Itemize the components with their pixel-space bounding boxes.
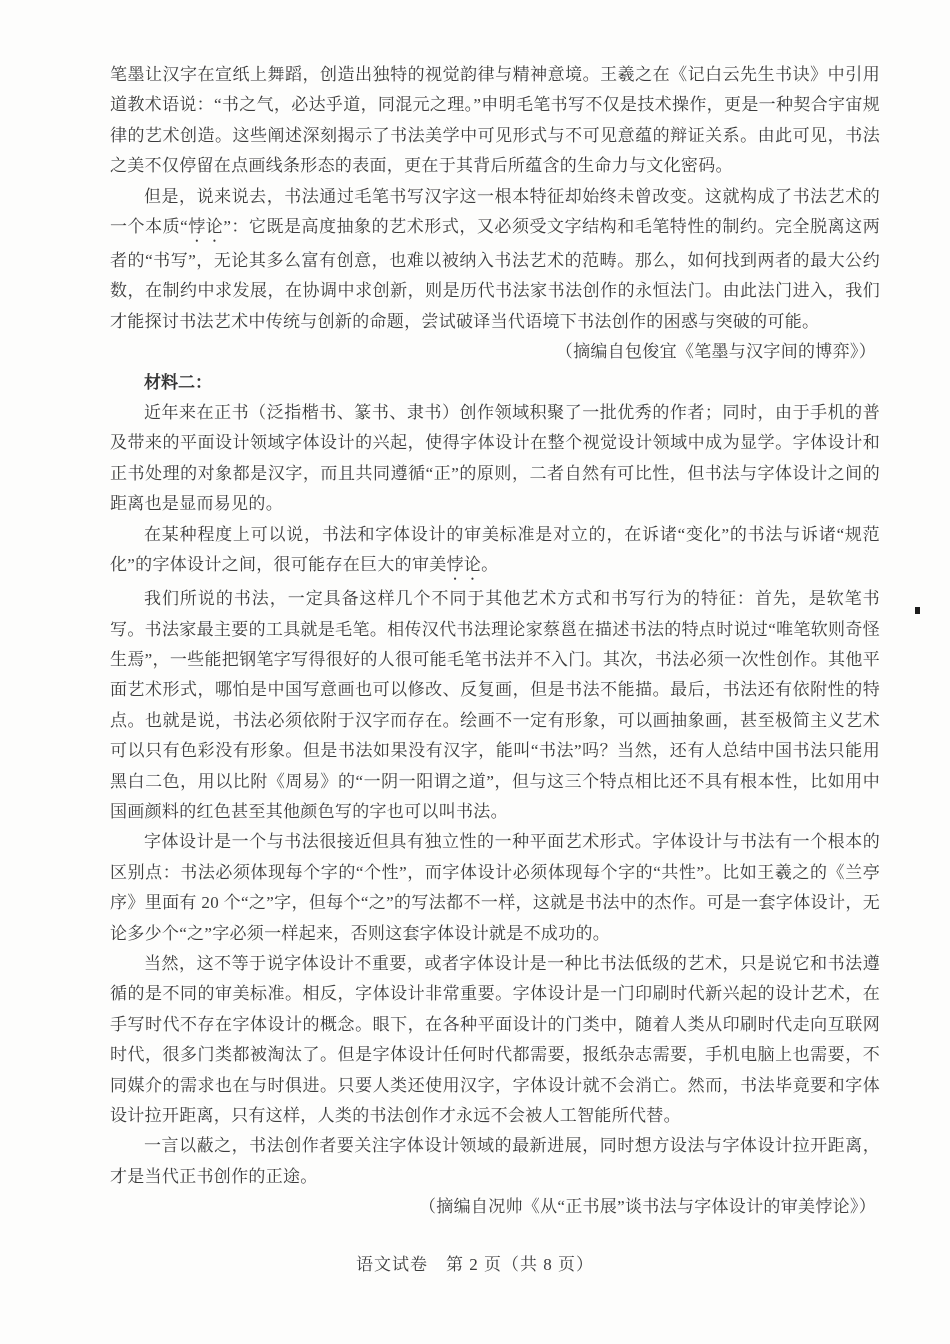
text-block: 笔墨让汉字在宣纸上舞蹈，创造出独特的视觉韵律与精神意境。王羲之在《记白云先生书诀… — [110, 60, 880, 1223]
material-two-type-design-paragraph: 字体设计是一个与书法很接近但具有独立性的一种平面艺术形式。字体设计与书法有一个根… — [110, 827, 880, 949]
scan-artifact-dot — [915, 607, 920, 614]
material-one-continuation-paragraph: 笔墨让汉字在宣纸上舞蹈，创造出独特的视觉韵律与精神意境。王羲之在《记白云先生书诀… — [110, 60, 880, 182]
emphasized-word-paradox-2: 悖论 — [447, 555, 482, 574]
material-two-intro-paragraph: 近年来在正书（泛指楷书、篆书、隶书）创作领域积聚了一批优秀的作者；同时，由于手机… — [110, 398, 880, 520]
material-two-heading: 材料二： — [110, 368, 880, 398]
material-two-features-paragraph: 我们所说的书法，一定具备这样几个不同于其他艺术方式和书写行为的特征：首先，是软笔… — [110, 584, 880, 827]
page-footer: 语文试卷 第 2 页（共 8 页） — [0, 1250, 950, 1280]
material-two-paradox-paragraph: 在某种程度上可以说，书法和字体设计的审美标准是对立的，在诉诸“变化”的书法与诉诸… — [110, 520, 880, 584]
aesthetic-paradox-post: 。 — [481, 555, 498, 574]
material-one-paradox-paragraph: 但是，说来说去，书法通过毛笔书写汉字这一根本特征却始终未曾改变。这就构成了书法艺… — [110, 182, 880, 338]
material-two-conclusion-paragraph: 一言以蔽之，书法创作者要关注字体设计领域的最新进展，同时想方设法与字体设计拉开距… — [110, 1131, 880, 1192]
exam-page: 笔墨让汉字在宣纸上舞蹈，创造出独特的视觉韵律与精神意境。王羲之在《记白云先生书诀… — [0, 0, 950, 1344]
material-two-attribution: （摘编自况帅《从“正书展”谈书法与字体设计的审美悖论》） — [110, 1192, 880, 1222]
material-one-attribution: （摘编自包俊宜《笔墨与汉字间的博弈》） — [110, 337, 880, 367]
material-two-importance-paragraph: 当然，这不等于说字体设计不重要，或者字体设计是一种比书法低级的艺术，只是说它和书… — [110, 949, 880, 1131]
emphasized-word-paradox: 悖论 — [188, 217, 223, 236]
paradox-paragraph-post: ”：它既是高度抽象的艺术形式，又必须受文字结构和毛笔特性的制约。完全脱离这两者的… — [110, 217, 880, 331]
